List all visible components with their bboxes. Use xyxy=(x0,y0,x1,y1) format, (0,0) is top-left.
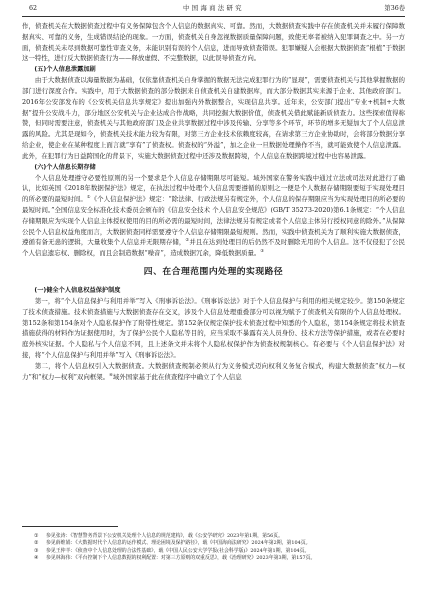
paragraph: 作，侦查机关在大数据侦查过程中有义务保障包含个人信息的数据真实、可靠。然而，大数… xyxy=(22,21,405,64)
footnote-ref-3[interactable]: ③ xyxy=(260,248,264,253)
footnote-mark: ① xyxy=(34,533,46,540)
footnote-mark: ④ xyxy=(34,555,46,562)
journal-title: 中国海商法研究 xyxy=(22,4,405,14)
paragraph: 第一，将“个人信息保护与利用并举”写入《刑事诉讼法》。《刑事诉讼法》对于个人信息… xyxy=(22,296,405,361)
footnotes: ①参见张涛：《智慧警务背景下公安机关处理个人信息的规范建构》，载《公安学研究》2… xyxy=(34,533,405,563)
subheading-1: (一)健全个人信息权益保护制度 xyxy=(22,285,405,296)
footnote-text: 参见林海伟：《平台控制下个人信息数据的权利配置：对第三方原则的双重反思》，载《治… xyxy=(46,555,315,561)
subheading-6: (六)个人信息长期存储 xyxy=(22,162,405,173)
section-title: 四、在合理范围内处理的实现路径 xyxy=(22,265,405,279)
footnote-rule xyxy=(22,526,118,527)
paragraph-storage: 个人信息处理遵守必要性原则的另一个要求是个人信息存储期限尽可能短。域外国家在警务… xyxy=(22,173,405,259)
running-header: 62 中国海商法研究 第36卷 xyxy=(22,3,405,17)
subheading-5: (五)个人信息泄露加剧 xyxy=(22,64,405,75)
footnote-text: 参见张涛：《智慧警务背景下公安机关处理个人信息的规范建构》，载《公安学研究》20… xyxy=(46,533,283,539)
article-body: 作，侦查机关在大数据侦查过程中有义务保障包含个人信息的数据真实、可靠。然而，大数… xyxy=(22,21,405,382)
text-run: 域外国家基于此在侦查程序中确立了个人信息 xyxy=(113,373,242,381)
volume-label: 第36卷 xyxy=(384,4,405,14)
footnote-mark: ③ xyxy=(34,548,46,555)
footnote-2: ②参见薛维娟：《大数据时代个人信息的运作模式、理论困境及保护路径》，载《中国海商… xyxy=(34,540,405,547)
footnote-4: ④参见林海伟：《平台控制下个人信息数据的权利配置：对第三方原则的双重反思》，载《… xyxy=(34,555,405,562)
footnote-mark: ② xyxy=(34,540,46,547)
paragraph: 第二，将个人信息权引入大数据侦查。大数据侦查规制必须从行为义务模式迈向权利义务复… xyxy=(22,361,405,383)
paragraph: 由于大数据侦查以海量数据为基础，仅依靠侦查机关自身掌握的数据无法完成犯罪行为的“… xyxy=(22,75,405,161)
journal-page: 62 中国海商法研究 第36卷 作，侦查机关在大数据侦查过程中有义务保障包含个人… xyxy=(22,0,405,17)
footnote-text: 参见王仲羊：《侦查中个人信息处理的合法性基础》，载《中国人民公安大学学报(社会科… xyxy=(46,548,309,554)
header-rule xyxy=(22,16,405,17)
footnote-text: 参见薛维娟：《大数据时代个人信息的运作模式、理论困境及保护路径》，载《中国海商法… xyxy=(46,540,311,546)
